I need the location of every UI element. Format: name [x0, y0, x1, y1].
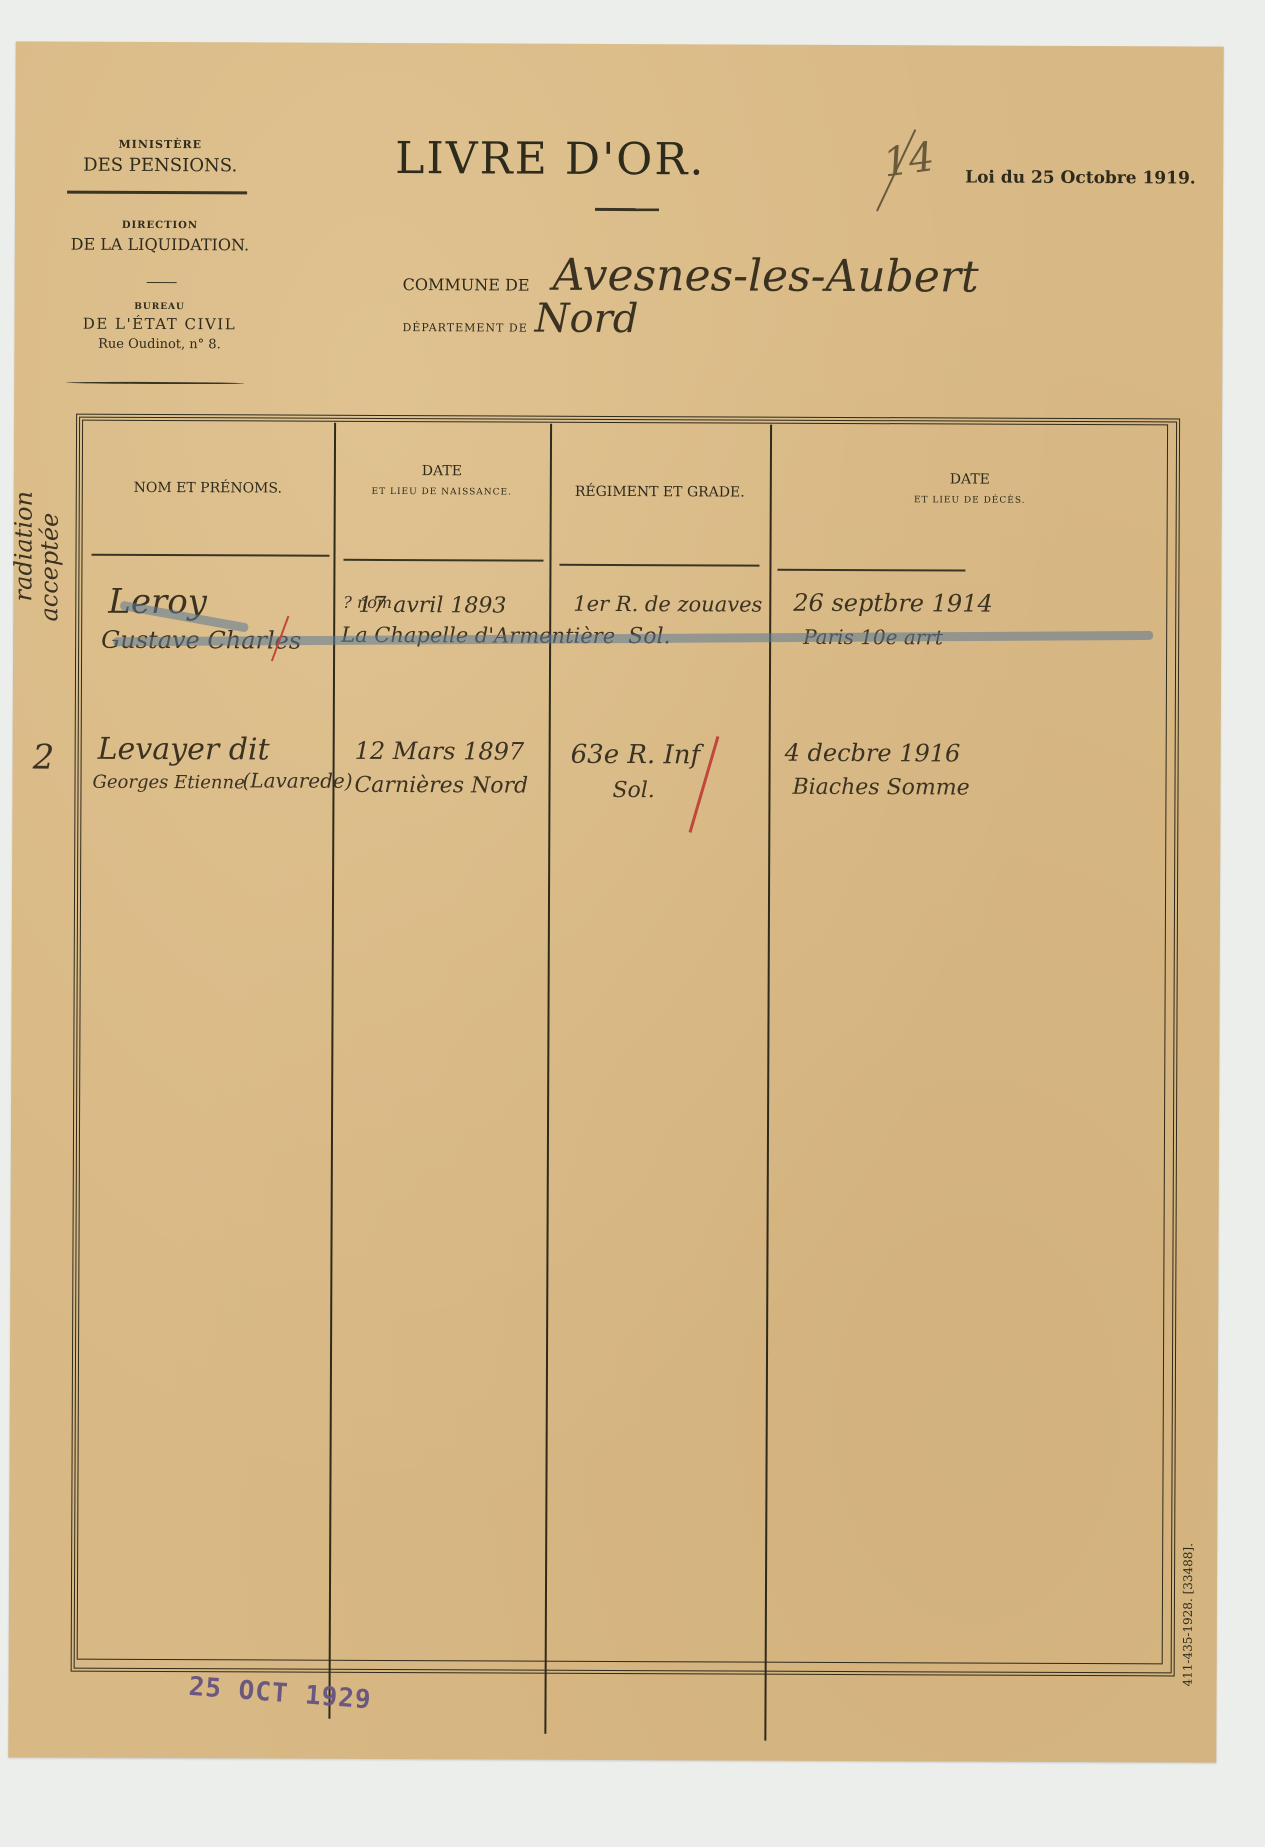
margin-note-radiation: radiation — [9, 491, 37, 601]
row-1-regiment: 1er R. de zouaves — [573, 592, 762, 617]
column-header-death: DATE ET LIEU DE DÉCÈS. — [772, 471, 1168, 507]
margin-note-number: 2 — [33, 737, 55, 777]
column-header-birth-subtitle: ET LIEU DE NAISSANCE. — [336, 487, 548, 498]
departement-value: Nord — [534, 296, 638, 342]
margin-note-acceptee: acceptée — [35, 513, 63, 622]
row-1-death-date: 26 septbre 1914 — [793, 589, 993, 618]
direction-name: DE LA LIQUIDATION. — [65, 235, 255, 255]
row-2-death-place: Biaches Somme — [792, 775, 969, 801]
law-reference: Loi du 25 Octobre 1919. — [965, 168, 1196, 189]
page-title: LIVRE D'OR. — [395, 133, 705, 185]
date-stamp: 25 OCT 1929 — [188, 1672, 373, 1715]
table-row-2: Levayer dit Georges Etienne (Lavarede) 1… — [92, 732, 1172, 837]
column-header-death-subtitle: ET LIEU DE DÉCÈS. — [772, 495, 1168, 507]
printer-code: 411-435-1928. [33488]. — [1181, 1543, 1196, 1686]
direction-label: DIRECTION — [65, 220, 255, 232]
column-header-regiment: RÉGIMENT ET GRADE. — [552, 484, 768, 501]
row-2-surname: Levayer dit — [98, 732, 270, 768]
row-2-regiment: 63e R. Inf — [571, 740, 701, 771]
bureau-block: BUREAU DE L'ÉTAT CIVIL Rue Oudinot, n° 8… — [64, 302, 254, 353]
row-2-death-date: 4 decbre 1916 — [785, 739, 961, 768]
ministry-underline — [67, 191, 247, 195]
row-2-alias: (Lavarede) — [242, 768, 352, 792]
column-header-death-title: DATE — [772, 471, 1168, 489]
row-2-birth-date: 12 Mars 1897 — [355, 737, 525, 766]
column-header-name-title: NOM ET PRÉNOMS. — [84, 480, 332, 497]
column-header-birth-title: DATE — [336, 463, 548, 480]
bureau-address: Rue Oudinot, n° 8. — [64, 337, 254, 353]
ministry-label: MINISTÈRE — [65, 138, 255, 152]
ministry-block: MINISTÈRE DES PENSIONS. — [65, 138, 255, 177]
direction-divider — [147, 282, 177, 283]
row-2-grade: Sol. — [612, 778, 654, 803]
departement-label: DÉPARTEMENT DE — [402, 321, 527, 335]
direction-block: DIRECTION DE LA LIQUIDATION. — [65, 220, 255, 255]
bureau-name: DE L'ÉTAT CIVIL — [64, 315, 254, 334]
row-2-given-names: Georges Etienne — [92, 772, 244, 794]
bureau-underline — [66, 382, 244, 385]
ministry-name: DES PENSIONS. — [65, 155, 255, 177]
title-underline — [595, 208, 659, 211]
column-header-birth: DATE ET LIEU DE NAISSANCE. — [336, 463, 548, 498]
document-page: MINISTÈRE DES PENSIONS. DIRECTION DE LA … — [8, 41, 1223, 1762]
column-header-name: NOM ET PRÉNOMS. — [84, 480, 332, 497]
commune-label: COMMUNE DE — [403, 275, 530, 295]
row-2-birth-place: Carnières Nord — [354, 773, 528, 799]
commune-value: Avesnes-les-Aubert — [553, 250, 979, 303]
row-1-birth-date: 17 avril 1893 — [358, 593, 506, 619]
bureau-label: BUREAU — [65, 302, 255, 313]
column-header-regiment-title: RÉGIMENT ET GRADE. — [552, 484, 768, 501]
